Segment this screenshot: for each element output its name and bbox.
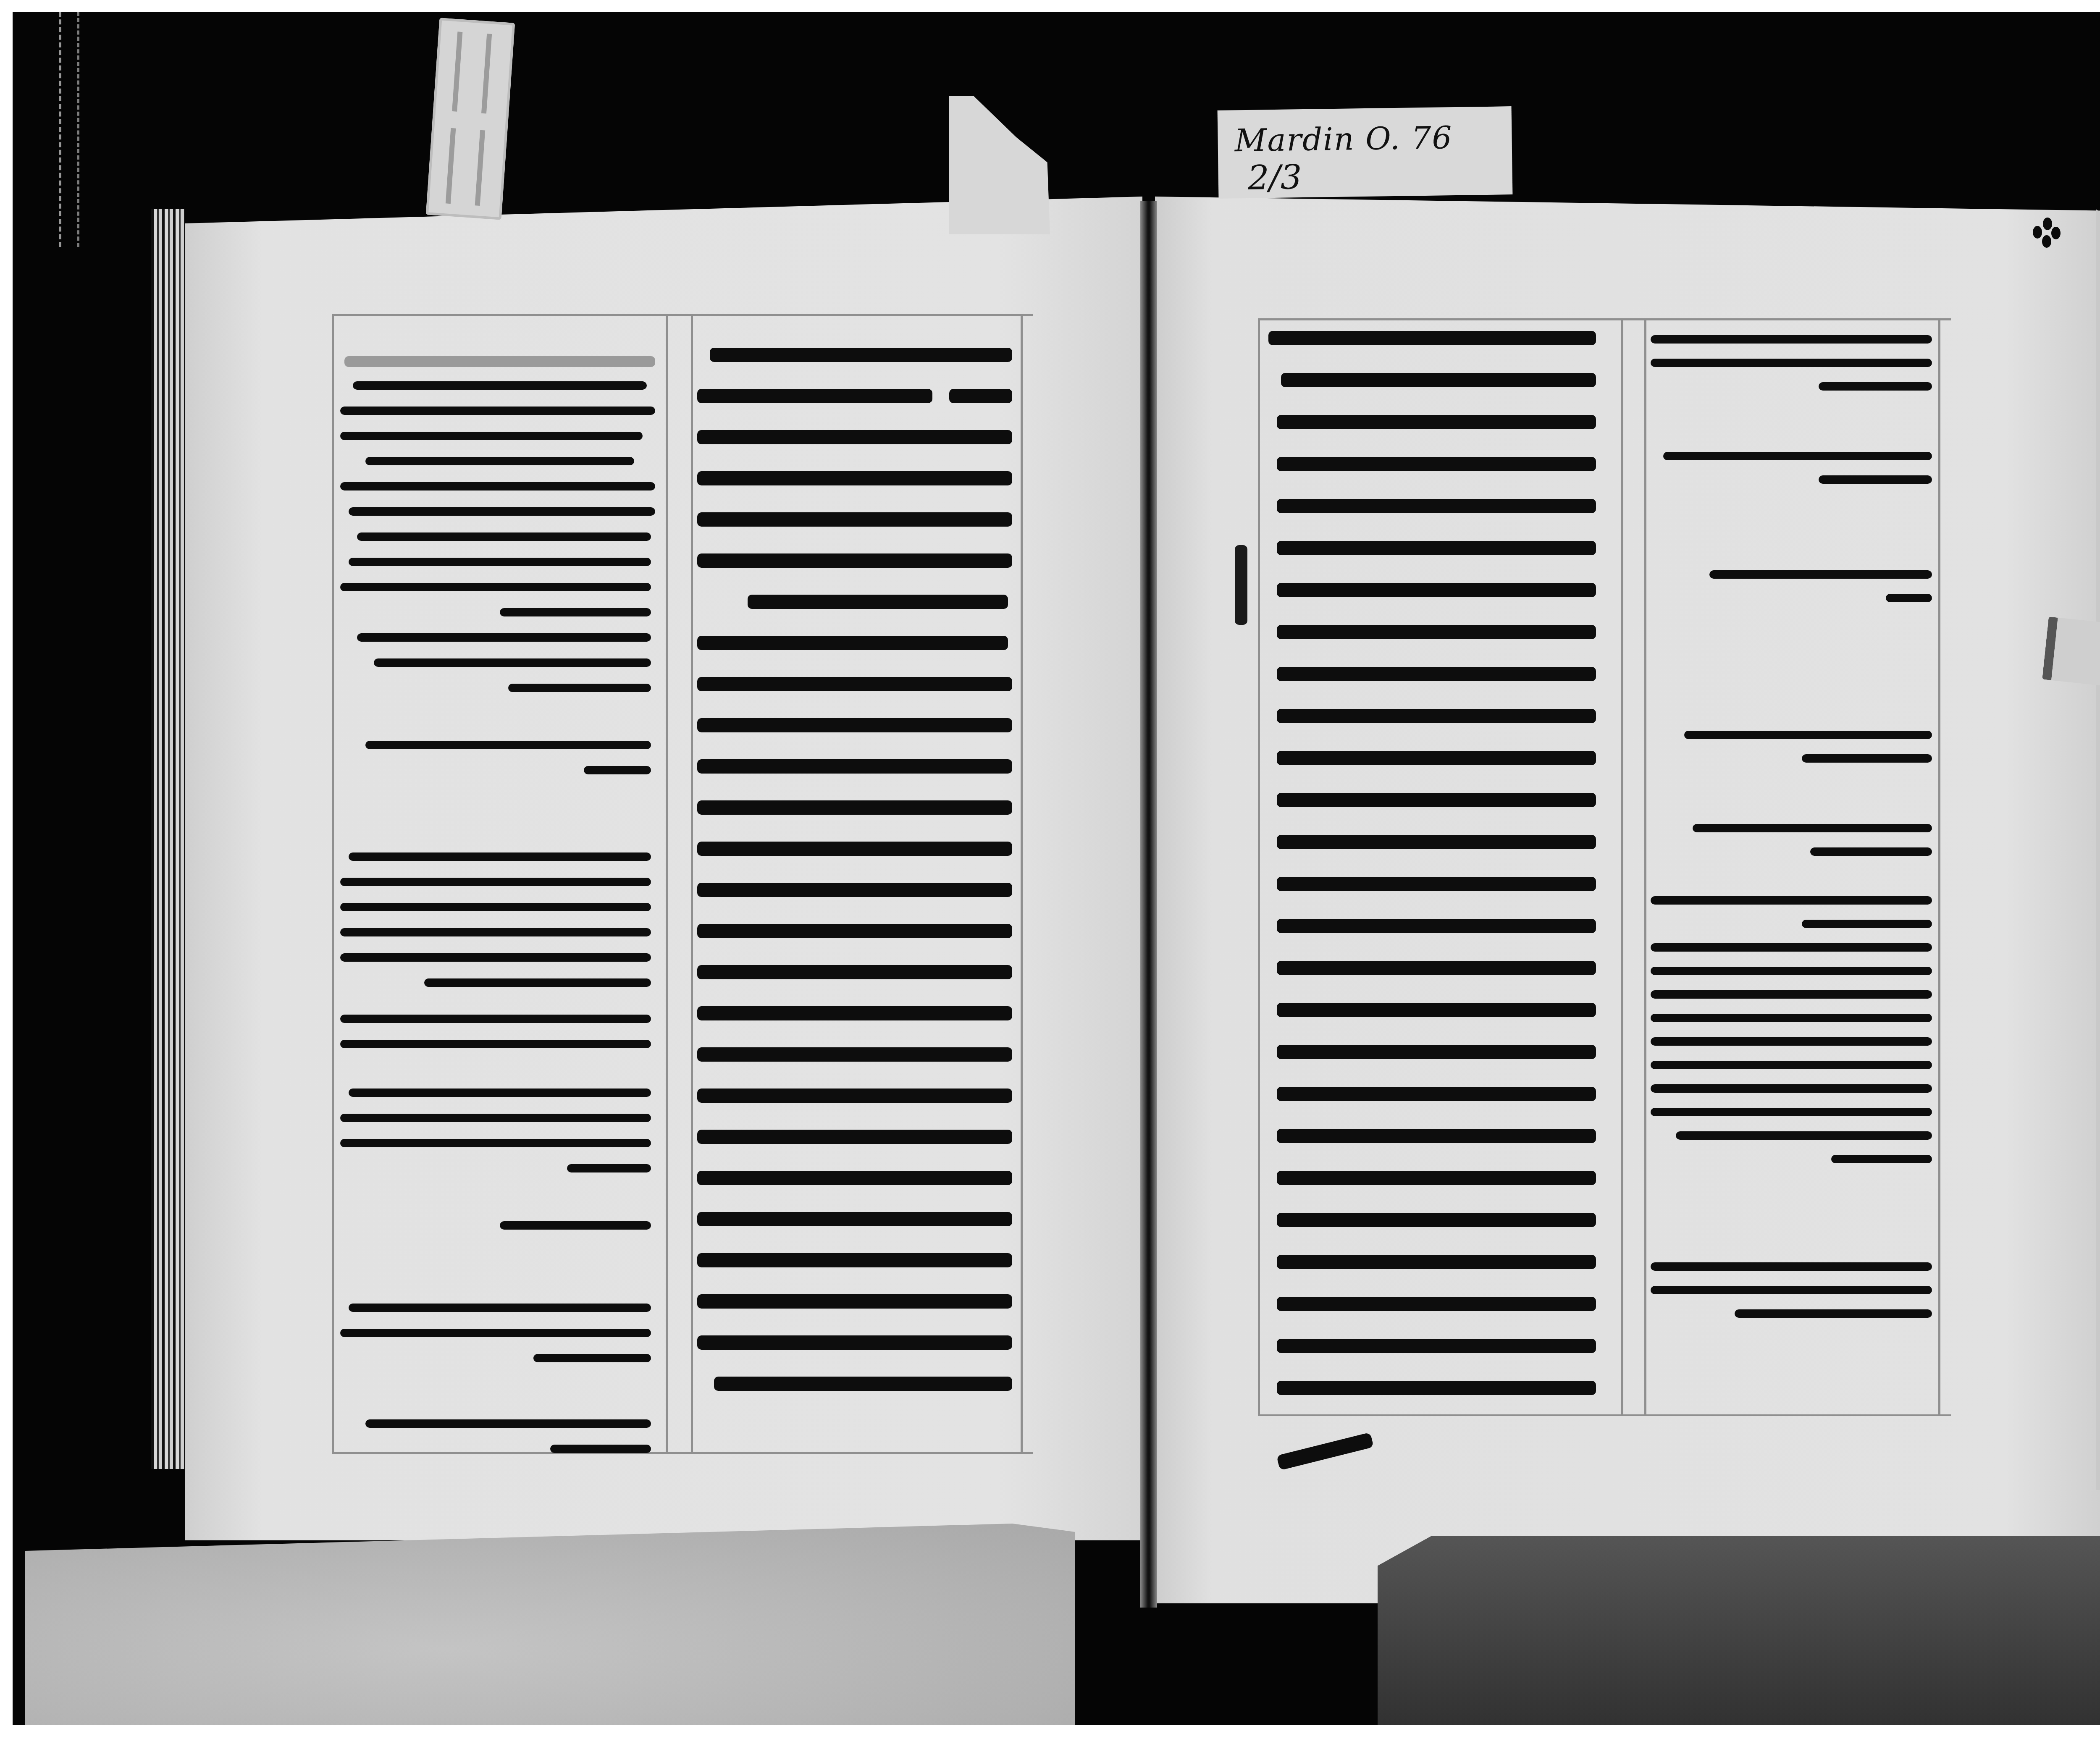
marginal-note [1235,545,1247,625]
dark-cover-board [1378,1536,2100,1725]
column-divider-right-a [1621,318,1623,1414]
binding-cord [59,12,79,247]
left-commentary-column [340,356,659,1470]
top-ruling-right [1258,318,1951,320]
manuscript-photograph: Mardin O. 76 2/3 [13,12,2100,1725]
inner-ruling-left [1021,314,1023,1452]
plastic-clip [426,18,515,220]
right-main-text-column [1268,331,1621,1423]
right-commentary-column [1651,335,1936,1333]
outer-ruling-right [1938,318,1940,1414]
quatrefoil-ornament-icon [2033,218,2062,247]
right-page-edges [2096,209,2100,1490]
inner-ruling-right [1258,318,1260,1414]
column-divider-left-a [666,314,668,1452]
left-main-text-column [697,348,1016,1418]
top-ruling-left [332,314,1033,316]
column-divider-left-b [691,314,693,1452]
book-gutter [1140,201,1157,1608]
column-divider-right-b [1644,318,1646,1414]
outer-ruling-left [332,314,334,1452]
left-page-edges [151,209,185,1469]
shelfmark-label: Mardin O. 76 2/3 [1218,106,1513,199]
shelfmark-text: Mardin O. 76 [1234,120,1453,159]
folio-number: 2/3 [1247,157,1302,197]
patterned-cover-board [25,1524,1075,1725]
